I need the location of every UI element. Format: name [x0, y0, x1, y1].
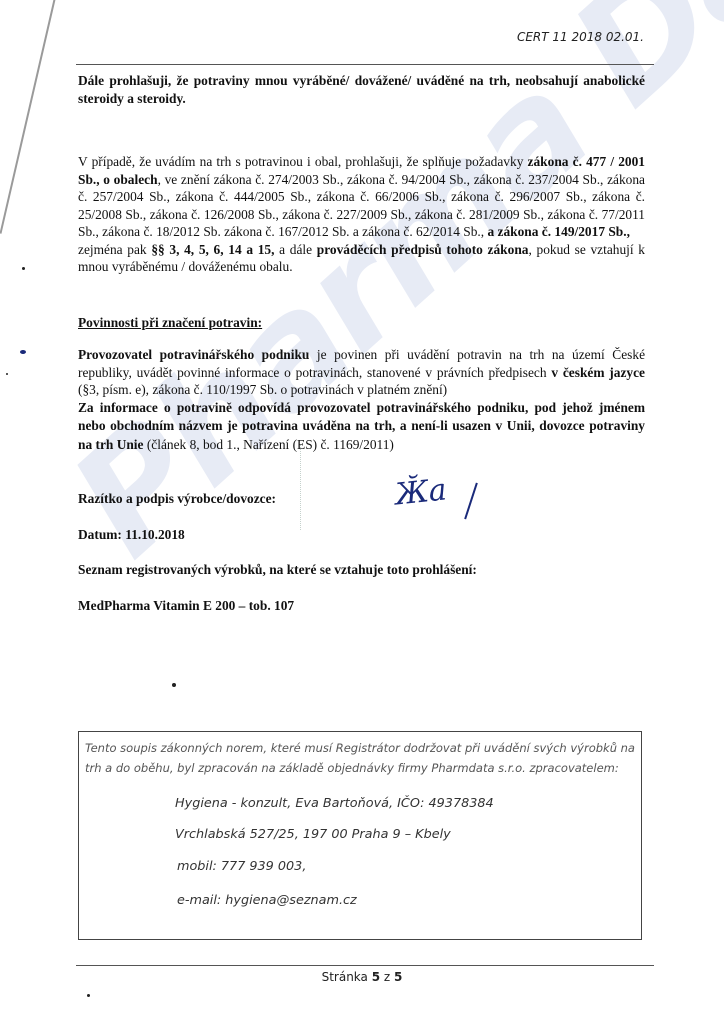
operator-term: Provozovatel potravinářského podniku — [78, 347, 309, 362]
processor-mobile: mobil: 777 939 003, — [177, 859, 306, 874]
page-of: z — [384, 970, 390, 984]
document-code: CERT 11 2018 02.01. — [517, 30, 644, 44]
processor-info-box: Tento soupis zákonných norem, které musí… — [78, 731, 642, 940]
scan-speck — [172, 683, 176, 687]
language-term: v českém jazyce — [551, 365, 645, 380]
header-divider — [76, 64, 654, 65]
packaging-declaration: V případě, že uvádím na trh s potravinou… — [78, 153, 645, 276]
processor-company: Hygiena - konzult, Eva Bartoňová, IČO: 4… — [175, 796, 494, 811]
responsibility-statement: Za informace o potravině odpovídá provoz… — [78, 399, 645, 455]
scan-speck — [6, 373, 8, 375]
law-reference: a zákona č. 149/2017 Sb., — [487, 224, 629, 239]
text: a dále — [274, 242, 316, 257]
product-list-label: Seznam registrovaných výrobků, na které … — [78, 561, 645, 579]
processor-email: e-mail: hygiena@seznam.cz — [177, 893, 357, 908]
processor-address: Vrchlabská 527/25, 197 00 Praha 9 – Kbel… — [175, 827, 451, 842]
current-page: 5 — [372, 970, 380, 984]
stamp-signature-label: Razítko a podpis výrobce/dovozce: — [78, 490, 645, 508]
regulation-reference: prováděcích předpisů tohoto zákona — [317, 242, 529, 257]
page-number: Stránka 5 z 5 — [0, 970, 724, 984]
footer-divider — [76, 965, 654, 966]
labeling-heading: Povinnosti při značení potravin: — [78, 314, 645, 332]
date-line: Datum: 11.10.2018 — [78, 526, 645, 544]
text: V případě, že uvádím na trh s potravinou… — [78, 154, 528, 169]
ink-mark — [20, 350, 26, 354]
regulation-reference: (článek 8, bod 1., Nařízení (ES) č. 1169… — [143, 437, 393, 452]
document-body: Dále prohlašuji, že potraviny mnou vyráb… — [78, 72, 645, 614]
scan-speck — [87, 994, 90, 997]
scan-edge-line — [0, 0, 60, 234]
info-intro: Tento soupis zákonných norem, které musí… — [85, 738, 637, 778]
labeling-obligations: Provozovatel potravinářského podniku je … — [78, 346, 645, 399]
section-reference: §§ 3, 4, 5, 6, 14 a 15, — [151, 242, 274, 257]
product-name: MedPharma Vitamin E 200 – tob. 107 — [78, 597, 645, 615]
text: zejména pak — [78, 242, 151, 257]
total-pages: 5 — [394, 970, 402, 984]
text: (§3, písm. e), zákona č. 110/1997 Sb. o … — [78, 382, 447, 397]
scan-speck — [22, 267, 25, 270]
steroids-declaration: Dále prohlašuji, že potraviny mnou vyráb… — [78, 72, 645, 107]
page-label: Stránka — [322, 970, 368, 984]
